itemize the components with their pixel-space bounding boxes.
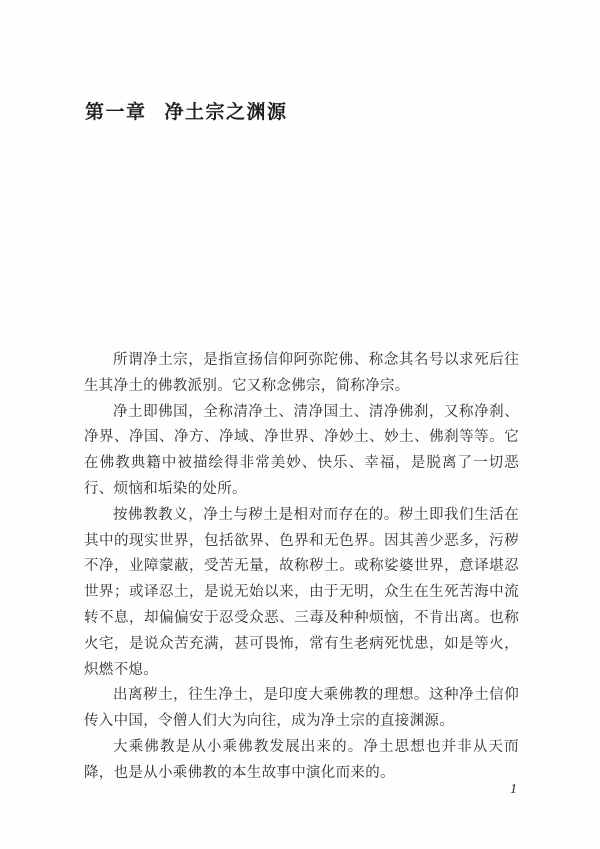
paragraph: 大乘佛教是从小乘佛教发展出来的。净土思想也并非从天而降，也是从小乘佛教的本生故事…	[84, 735, 519, 787]
paragraph: 所谓净土宗，是指宣扬信仰阿弥陀佛、称念其名号以求死后往生其净土的佛教派别。它又称…	[84, 348, 519, 400]
paragraph: 按佛教教义，净土与秽土是相对而存在的。秽土即我们生活在其中的现实世界，包括欲界、…	[84, 503, 519, 684]
chapter-title: 净土宗之渊源	[165, 102, 288, 123]
paragraph: 净土即佛国，全称清净土、清净国土、清净佛刹，又称净刹、净界、净国、净方、净域、净…	[84, 400, 519, 503]
chapter-number: 第一章	[85, 102, 147, 123]
body-text: 所谓净土宗，是指宣扬信仰阿弥陀佛、称念其名号以求死后往生其净土的佛教派别。它又称…	[84, 348, 519, 787]
chapter-heading: 第一章净土宗之渊源	[85, 97, 288, 124]
page-number: 1	[510, 782, 517, 798]
book-page: 第一章净土宗之渊源 所谓净土宗，是指宣扬信仰阿弥陀佛、称念其名号以求死后往生其净…	[0, 0, 600, 849]
paragraph: 出离秽土，往生净土，是印度大乘佛教的理想。这种净土信仰传入中国，令僧人们大为向往…	[84, 683, 519, 735]
